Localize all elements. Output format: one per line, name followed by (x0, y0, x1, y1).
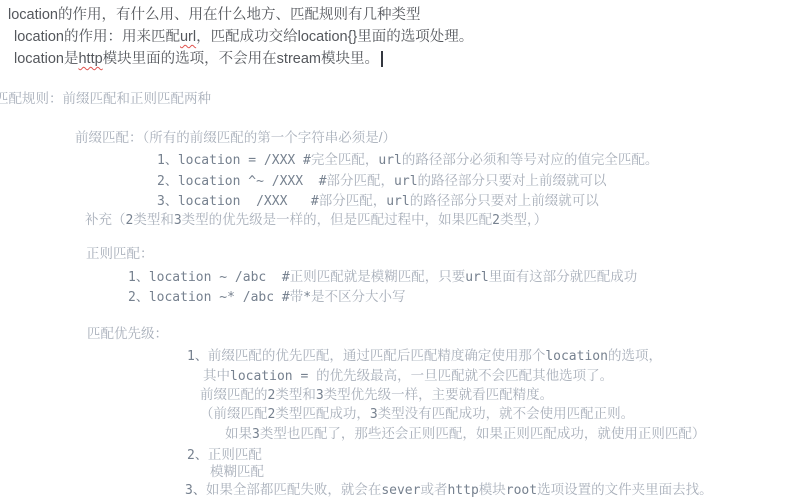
misspelled-word: http (78, 51, 102, 67)
text-segment: location = (230, 369, 316, 384)
text-segment: 或者 (420, 482, 447, 497)
text-segment: 类型，） (500, 212, 547, 227)
text-line-11[interactable]: 1、location ~ /abc #正则匹配就是模糊匹配，只要url里面有这部… (128, 268, 637, 286)
text-segment: 模块 (479, 482, 506, 497)
text-segment: 的路径部分只要对上前缀就可以 (410, 193, 599, 208)
text-segment: 类型也匹配了，那些还会正则匹配，如果正则匹配成功，就使用正则匹配） (260, 426, 706, 441)
text-segment: 部分匹配， (319, 193, 387, 208)
text-segment: 2 (492, 213, 500, 228)
text-segment: 1、location = /XXX # (157, 153, 311, 168)
text-segment: 完全匹配， (311, 152, 379, 167)
text-line-14[interactable]: 1、前缀匹配的优先匹配，通过匹配后匹配精度确定使用那个location的选项， (187, 347, 662, 365)
text-segment: 是不区分大小写 (311, 289, 406, 304)
text-line-19[interactable]: 2、正则匹配 (187, 446, 262, 464)
text-segment: 里面有这部分就匹配成功 (489, 269, 638, 284)
text-segment: location (545, 349, 608, 364)
text-segment: 带 (290, 289, 304, 304)
text-segment: location是 (14, 51, 78, 67)
text-line-1[interactable]: location的作用，有什么用、用在什么地方、匹配规则有几种类型 (8, 6, 420, 24)
text-segment: 3、 (185, 483, 206, 498)
text-segment: 部分匹配， (327, 173, 395, 188)
text-segment: 补充（ (85, 212, 126, 227)
text-segment: root (506, 483, 537, 498)
text-segment: 的优先级最高，一旦匹配就不会匹配其他选项了。 (316, 368, 613, 383)
text-line-13[interactable]: 匹配优先级： (87, 325, 168, 342)
text-segment: * (303, 290, 311, 305)
text-cursor (381, 51, 383, 67)
text-segment: 模糊匹配 (210, 464, 264, 479)
text-line-5[interactable]: 前缀匹配：（所有的前缀匹配的第一个字符串必须是/） (75, 129, 396, 146)
text-line-17[interactable]: （前缀匹配2类型匹配成功，3类型没有匹配成功，就不会使用匹配正则。 (200, 405, 634, 423)
text-segment: 前缀匹配：（所有的前缀匹配的第一个字符串必须是/） (75, 130, 396, 145)
text-segment: 3 (370, 407, 378, 422)
text-segment: 类型优先级一样，主要就看匹配精度。 (324, 387, 554, 402)
text-segment: 类型和 (133, 212, 174, 227)
text-line-6[interactable]: 1、location = /XXX #完全匹配，url的路径部分必须和等号对应的… (157, 151, 658, 169)
text-segment: 模块里面的选项，不会用在stream模块里。 (103, 51, 379, 67)
text-segment: 类型没有匹配成功，就不会使用匹配正则。 (378, 406, 635, 421)
text-segment: url (386, 194, 409, 209)
text-segment: 2、 (187, 448, 208, 463)
text-segment: location的作用：用来匹配 (14, 29, 180, 45)
text-segment: 前缀匹配的 (200, 387, 268, 402)
text-segment: 3 (252, 427, 260, 442)
text-segment: 正则匹配就是模糊匹配，只要 (290, 269, 466, 284)
text-segment: 如果全部都匹配失败，就会在 (206, 482, 382, 497)
text-segment: 类型的优先级是一样的，但是匹配过程中，如果匹配 (182, 212, 493, 227)
text-line-9[interactable]: 补充（2类型和3类型的优先级是一样的，但是匹配过程中，如果匹配2类型，） (85, 211, 547, 229)
text-segment: 前缀匹配的优先匹配，通过匹配后匹配精度确定使用那个 (208, 348, 546, 363)
text-segment: 正则匹配： (86, 246, 154, 261)
text-segment: 1、 (187, 349, 208, 364)
text-line-21[interactable]: 3、如果全部都匹配失败，就会在sever或者http模块root选项设置的文件夹… (185, 481, 713, 499)
text-segment: ，匹配成功交给location{}里面的选项处理。 (196, 29, 473, 45)
text-segment: 正则匹配 (208, 447, 262, 462)
text-segment: 其中 (203, 368, 230, 383)
text-line-12[interactable]: 2、location ~* /abc #带*是不区分大小写 (128, 288, 406, 306)
text-segment: 类型和 (275, 387, 316, 402)
text-segment: 2、location ~* /abc # (128, 290, 290, 305)
text-segment: url (378, 153, 401, 168)
text-segment: 3 (174, 213, 182, 228)
text-segment: 选项设置的文件夹里面去找。 (537, 482, 713, 497)
text-segment: url (394, 174, 417, 189)
text-line-18[interactable]: 如果3类型也匹配了，那些还会正则匹配，如果正则匹配成功，就使用正则匹配） (225, 425, 705, 443)
text-segment: 1、location ~ /abc # (128, 270, 290, 285)
text-segment: http (447, 483, 478, 498)
text-segment: 2、location ^~ /XXX # (157, 174, 327, 189)
text-segment: 的路径部分只要对上前缀就可以 (418, 173, 607, 188)
text-line-3[interactable]: location是http模块里面的选项，不会用在stream模块里。 (14, 50, 383, 68)
text-segment: url (465, 270, 488, 285)
text-line-7[interactable]: 2、location ^~ /XXX #部分匹配，url的路径部分只要对上前缀就… (157, 172, 607, 190)
text-segment: 类型匹配成功， (275, 406, 370, 421)
text-line-8[interactable]: 3、location /XXX #部分匹配，url的路径部分只要对上前缀就可以 (157, 192, 599, 210)
misspelled-word: url (180, 29, 196, 45)
text-line-20[interactable]: 模糊匹配 (210, 463, 264, 480)
text-segment: 3 (316, 388, 324, 403)
text-segment: 3、location /XXX # (157, 194, 319, 209)
text-segment: 匹配规则：前缀匹配和正则匹配两种 (0, 91, 211, 106)
document-page[interactable]: location的作用，有什么用、用在什么地方、匹配规则有几种类型locatio… (0, 0, 800, 500)
text-segment: 匹配优先级： (87, 326, 168, 341)
text-segment: （前缀匹配 (200, 406, 268, 421)
text-line-2[interactable]: location的作用：用来匹配url，匹配成功交给location{}里面的选… (14, 28, 473, 46)
text-segment: sever (381, 483, 420, 498)
text-segment: location的作用，有什么用、用在什么地方、匹配规则有几种类型 (8, 7, 420, 23)
text-segment: 如果 (225, 426, 252, 441)
text-line-16[interactable]: 前缀匹配的2类型和3类型优先级一样，主要就看匹配精度。 (200, 386, 553, 404)
text-line-15[interactable]: 其中location = 的优先级最高，一旦匹配就不会匹配其他选项了。 (203, 367, 613, 385)
text-segment: 的路径部分必须和等号对应的值完全匹配。 (402, 152, 659, 167)
text-line-4[interactable]: 匹配规则：前缀匹配和正则匹配两种 (0, 90, 211, 107)
text-segment: 的选项， (608, 348, 662, 363)
text-line-10[interactable]: 正则匹配： (86, 245, 154, 262)
